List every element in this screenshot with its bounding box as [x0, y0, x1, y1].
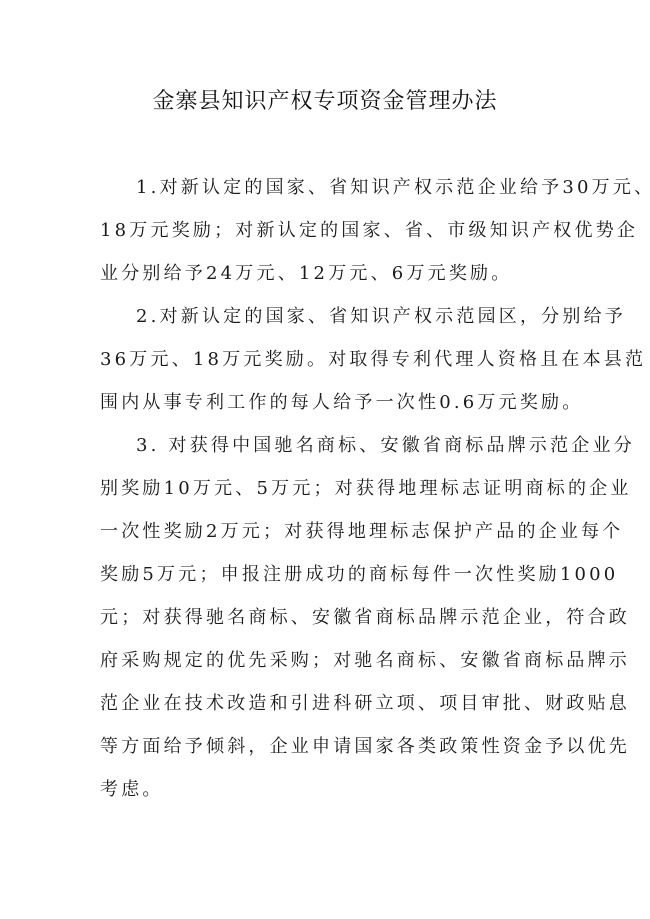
paragraph-line: 别奖励10万元、5万元；对获得地理标志证明商标的企业	[100, 473, 552, 516]
paragraph-line: 一次性奖励2万元；对获得地理标志保护产品的企业每个	[100, 516, 552, 559]
document-page: 金寨县知识产权专项资金管理办法 1.对新认定的国家、省知识产权示范企业给予30万…	[0, 0, 650, 919]
paragraph-2: 2.对新认定的国家、省知识产权示范园区，分别给予 36万元、18万元奖励。对取得…	[100, 301, 552, 430]
paragraph-line: 奖励5万元；申报注册成功的商标每件一次性奖励1000	[100, 559, 552, 602]
paragraph-line: 范企业在技术改造和引进科研立项、项目审批、财政贴息	[100, 688, 552, 731]
document-body: 1.对新认定的国家、省知识产权示范企业给予30万元、 18万元奖励；对新认定的国…	[100, 172, 552, 817]
paragraph-3: 3. 对获得中国驰名商标、安徽省商标品牌示范企业分 别奖励10万元、5万元；对获…	[100, 430, 552, 817]
paragraph-line: 2.对新认定的国家、省知识产权示范园区，分别给予	[100, 301, 552, 344]
paragraph-line: 业分别给予24万元、12万元、6万元奖励。	[100, 258, 552, 301]
paragraph-line: 18万元奖励；对新认定的国家、省、市级知识产权优势企	[100, 215, 552, 258]
paragraph-line: 1.对新认定的国家、省知识产权示范企业给予30万元、	[100, 172, 552, 215]
paragraph-line: 3. 对获得中国驰名商标、安徽省商标品牌示范企业分	[100, 430, 552, 473]
paragraph-line: 府采购规定的优先采购；对驰名商标、安徽省商标品牌示	[100, 645, 552, 688]
paragraph-line: 围内从事专利工作的每人给予一次性0.6万元奖励。	[100, 387, 552, 430]
paragraph-line: 元；对获得驰名商标、安徽省商标品牌示范企业，符合政	[100, 602, 552, 645]
paragraph-line: 等方面给予倾斜，企业申请国家各类政策性资金予以优先	[100, 731, 552, 774]
document-title: 金寨县知识产权专项资金管理办法	[0, 86, 650, 118]
paragraph-line: 36万元、18万元奖励。对取得专利代理人资格且在本县范	[100, 344, 552, 387]
paragraph-line: 考虑。	[100, 774, 552, 817]
paragraph-1: 1.对新认定的国家、省知识产权示范企业给予30万元、 18万元奖励；对新认定的国…	[100, 172, 552, 301]
